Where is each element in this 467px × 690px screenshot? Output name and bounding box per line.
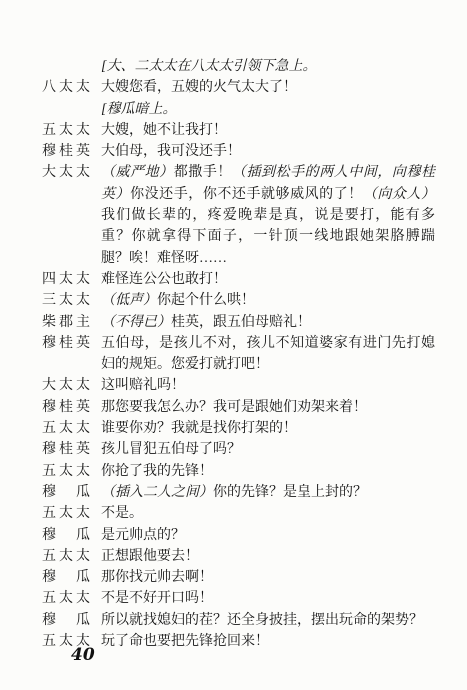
speaker-char: 太 xyxy=(59,546,73,567)
speaker-char: 八 xyxy=(42,77,56,98)
dialogue-text: （插入二人之间）你的先锋？是皇上封的？ xyxy=(101,482,435,503)
dialogue-text: 玩了命也要把先锋抢回来！ xyxy=(101,631,435,652)
dialogue-text: （不得已）桂英，跟五伯母赔礼！ xyxy=(101,312,435,333)
text-run: 不是。 xyxy=(101,506,143,521)
book-page: [大、二太太在八太太引领下急上。八太太大嫂您看，五嫂的火气太大了！[穆瓜暗上。五… xyxy=(0,0,467,690)
text-run: 正想跟他要去！ xyxy=(101,549,199,564)
speaker-char: 太 xyxy=(59,503,73,524)
speaker-name: 大太太 xyxy=(42,162,90,183)
speaker-char: 三 xyxy=(42,290,56,311)
dialogue-text: （威严地）都撒手！（插到松手的两人中间，向穆桂英）你没还手，你不还手就够威风的了… xyxy=(101,162,435,268)
speaker-char: 太 xyxy=(76,546,90,567)
text-run: 你起个什么哄！ xyxy=(157,293,255,308)
speaker-char: 穆 xyxy=(42,141,56,162)
text-run: 玩了命也要把先锋抢回来！ xyxy=(101,634,269,649)
speaker-char: 太 xyxy=(59,588,73,609)
text-run: 难怪连公公也敢打！ xyxy=(101,272,227,287)
speaker-name: 五太太 xyxy=(42,418,90,439)
stage-note: （低声） xyxy=(101,293,157,308)
dialogue-text: 所以就找媳妇的茬？还全身披挂，摆出玩命的架势？ xyxy=(101,610,435,631)
speaker-char: 桂 xyxy=(59,397,73,418)
speaker-char: 太 xyxy=(59,162,73,183)
text-run: 大嫂您看，五嫂的火气太大了！ xyxy=(101,80,297,95)
dialogue-line: 大太太（威严地）都撒手！（插到松手的两人中间，向穆桂英）你没还手，你不还手就够威… xyxy=(42,162,435,268)
speaker-name: 穆桂英 xyxy=(42,333,90,354)
speaker-name: 四太太 xyxy=(42,269,90,290)
speaker-char: 五 xyxy=(42,546,56,567)
dialogue-line: 五太太你抢了我的先锋！ xyxy=(42,461,435,482)
text-run: 所以就找媳妇的茬？还全身披挂，摆出玩命的架势？ xyxy=(101,613,423,628)
speaker-name: 五太太 xyxy=(42,588,90,609)
speaker-char: 大 xyxy=(42,375,56,396)
text-run: 孩儿冒犯五伯母了吗？ xyxy=(101,442,241,457)
dialogue-line: 穆瓜那你找元帅去啊！ xyxy=(42,567,435,588)
speaker-char: 太 xyxy=(59,269,73,290)
dialogue-text: 谁要你劝？我就是找你打架的！ xyxy=(101,418,435,439)
text-run: 不是不好开口吗！ xyxy=(101,591,213,606)
speaker-char: 太 xyxy=(59,375,73,396)
speaker-char: 穆 xyxy=(42,482,56,503)
speaker-char: 五 xyxy=(42,588,56,609)
dialogue-line: 五太太玩了命也要把先锋抢回来！ xyxy=(42,631,435,652)
stage-note: （威严地） xyxy=(101,165,174,180)
speaker-char: 太 xyxy=(76,290,90,311)
dialogue-text: 大嫂，她不让我打！ xyxy=(101,120,435,141)
speaker-char: 太 xyxy=(59,290,73,311)
dialogue-line: 穆桂英那您要我怎么办？我可是跟她们劝架来着！ xyxy=(42,397,435,418)
speaker-name: 八太太 xyxy=(42,77,90,98)
speaker-char: 五 xyxy=(42,461,56,482)
text-run: 谁要你劝？我就是找你打架的！ xyxy=(101,421,297,436)
dialogue-line: 柴郡主（不得已）桂英，跟五伯母赔礼！ xyxy=(42,312,435,333)
dialogue-line: 穆桂英五伯母，是孩儿不对，孩儿不知道婆家有进门先打媳妇的规矩。您爱打就打吧！ xyxy=(42,333,435,376)
speaker-name: 穆瓜 xyxy=(42,482,90,503)
text-run: 五伯母，是孩儿不对，孩儿不知道婆家有进门先打媳妇的规矩。您爱打就打吧！ xyxy=(101,336,435,372)
dialogue-line: 穆瓜所以就找媳妇的茬？还全身披挂，摆出玩命的架势？ xyxy=(42,610,435,631)
dialogue-line: 四太太难怪连公公也敢打！ xyxy=(42,269,435,290)
page-number: 40 xyxy=(71,645,95,665)
speaker-char: 桂 xyxy=(59,439,73,460)
speaker-char: 英 xyxy=(76,439,90,460)
script-lines: [大、二太太在八太太引领下急上。八太太大嫂您看，五嫂的火气太大了！[穆瓜暗上。五… xyxy=(42,56,435,652)
speaker-name: 五太太 xyxy=(42,546,90,567)
text-run: [大、二太太在八太太引领下急上。 xyxy=(101,59,316,74)
speaker-char: 太 xyxy=(59,120,73,141)
dialogue-text: （低声）你起个什么哄！ xyxy=(101,290,435,311)
text-run: 你抢了我的先锋！ xyxy=(101,464,213,479)
speaker-char: 瓜 xyxy=(76,610,90,631)
speaker-char: 五 xyxy=(42,631,56,652)
speaker-char: 太 xyxy=(59,461,73,482)
text-run: 那你找元帅去啊！ xyxy=(101,570,213,585)
speaker-name: 五太太 xyxy=(42,461,90,482)
dialogue-line: 五太太大嫂，她不让我打！ xyxy=(42,120,435,141)
speaker-name: 穆桂英 xyxy=(42,439,90,460)
speaker-char: 太 xyxy=(76,162,90,183)
speaker-name: 穆瓜 xyxy=(42,610,90,631)
speaker-char: 太 xyxy=(76,120,90,141)
dialogue-text: 不是不好开口吗！ xyxy=(101,588,435,609)
dialogue-line: 八太太大嫂您看，五嫂的火气太大了！ xyxy=(42,77,435,98)
speaker-char: 桂 xyxy=(59,141,73,162)
speaker-char: 五 xyxy=(42,503,56,524)
dialogue-line: 穆瓜是元帅点的？ xyxy=(42,525,435,546)
speaker-name: 柴郡主 xyxy=(42,312,90,333)
speaker-char: 穆 xyxy=(42,333,56,354)
text-run: 是元帅点的？ xyxy=(101,528,185,543)
dialogue-text: 大嫂您看，五嫂的火气太大了！ xyxy=(101,77,435,98)
stage-note: （插入二人之间） xyxy=(101,485,213,500)
speaker-name: 穆桂英 xyxy=(42,397,90,418)
speaker-char: 穆 xyxy=(42,439,56,460)
dialogue-text: 正想跟他要去！ xyxy=(101,546,435,567)
dialogue-text: 孩儿冒犯五伯母了吗？ xyxy=(101,439,435,460)
dialogue-text: 那你找元帅去啊！ xyxy=(101,567,435,588)
dialogue-text: 五伯母，是孩儿不对，孩儿不知道婆家有进门先打媳妇的规矩。您爱打就打吧！ xyxy=(101,333,435,376)
dialogue-line: 穆桂英孩儿冒犯五伯母了吗？ xyxy=(42,439,435,460)
text-run: 我们做长辈的，疼爱晚辈是真，说是要打，能有多重？你就拿得下面子，一针顶一线地跟她… xyxy=(101,208,435,266)
dialogue-line: 三太太（低声）你起个什么哄！ xyxy=(42,290,435,311)
speaker-char: 太 xyxy=(76,375,90,396)
speaker-char: 大 xyxy=(42,162,56,183)
dialogue-text: 大伯母，我可没还手！ xyxy=(101,141,435,162)
speaker-char: 太 xyxy=(76,503,90,524)
speaker-char: 太 xyxy=(76,418,90,439)
speaker-char: 穆 xyxy=(42,525,56,546)
text-run: 你的先锋？是皇上封的？ xyxy=(213,485,367,500)
dialogue-line: 五太太不是不好开口吗！ xyxy=(42,588,435,609)
speaker-char: 穆 xyxy=(42,567,56,588)
speaker-char: 太 xyxy=(76,588,90,609)
text-run: 你没还手，你不还手就够威风的了！ xyxy=(130,187,363,202)
text-run: [穆瓜暗上。 xyxy=(101,102,176,117)
dialogue-text: 那您要我怎么办？我可是跟她们劝架来着！ xyxy=(101,397,435,418)
dialogue-text: 这叫赔礼吗！ xyxy=(101,375,435,396)
dialogue-text: 是元帅点的？ xyxy=(101,525,435,546)
stage-text: [穆瓜暗上。 xyxy=(101,99,435,120)
dialogue-line: 大太太这叫赔礼吗！ xyxy=(42,375,435,396)
dialogue-text: 难怪连公公也敢打！ xyxy=(101,269,435,290)
dialogue-text: 你抢了我的先锋！ xyxy=(101,461,435,482)
speaker-char: 桂 xyxy=(59,333,73,354)
speaker-name: 穆瓜 xyxy=(42,525,90,546)
speaker-char: 主 xyxy=(76,312,90,333)
speaker-char: 四 xyxy=(42,269,56,290)
speaker-char: 太 xyxy=(59,77,73,98)
speaker-name: 五太太 xyxy=(42,120,90,141)
text-run: 大嫂，她不让我打！ xyxy=(101,123,227,138)
dialogue-line: 五太太正想跟他要去！ xyxy=(42,546,435,567)
dialogue-line: 穆瓜（插入二人之间）你的先锋？是皇上封的？ xyxy=(42,482,435,503)
speaker-name: 大太太 xyxy=(42,375,90,396)
stage-note: （向众人） xyxy=(363,187,435,202)
dialogue-line: 五太太谁要你劝？我就是找你打架的！ xyxy=(42,418,435,439)
speaker-char: 五 xyxy=(42,418,56,439)
stage-text: [大、二太太在八太太引领下急上。 xyxy=(101,56,435,77)
speaker-char: 穆 xyxy=(42,610,56,631)
speaker-char: 五 xyxy=(42,120,56,141)
speaker-char: 英 xyxy=(76,141,90,162)
text-run: 这叫赔礼吗！ xyxy=(101,378,185,393)
speaker-char: 太 xyxy=(76,77,90,98)
text-run: 桂英，跟五伯母赔礼！ xyxy=(171,315,311,330)
speaker-char: 太 xyxy=(76,461,90,482)
speaker-char: 太 xyxy=(59,418,73,439)
speaker-name: 穆瓜 xyxy=(42,567,90,588)
text-run: 那您要我怎么办？我可是跟她们劝架来着！ xyxy=(101,400,367,415)
dialogue-text: 不是。 xyxy=(101,503,435,524)
dialogue-line: 五太太不是。 xyxy=(42,503,435,524)
stage-note: （不得已） xyxy=(101,315,171,330)
speaker-name: 穆桂英 xyxy=(42,141,90,162)
speaker-name: 三太太 xyxy=(42,290,90,311)
speaker-name: 五太太 xyxy=(42,503,90,524)
speaker-char: 英 xyxy=(76,397,90,418)
stage-direction: [大、二太太在八太太引领下急上。 xyxy=(42,56,435,77)
stage-direction: [穆瓜暗上。 xyxy=(42,99,435,120)
speaker-char: 郡 xyxy=(59,312,73,333)
speaker-char: 太 xyxy=(76,269,90,290)
speaker-char: 瓜 xyxy=(76,482,90,503)
speaker-char: 英 xyxy=(76,333,90,354)
speaker-char: 瓜 xyxy=(76,525,90,546)
speaker-char: 瓜 xyxy=(76,567,90,588)
speaker-char: 穆 xyxy=(42,397,56,418)
text-run: 大伯母，我可没还手！ xyxy=(101,144,241,159)
speaker-char: 柴 xyxy=(42,312,56,333)
text-run: 都撒手！ xyxy=(174,165,232,180)
dialogue-line: 穆桂英大伯母，我可没还手！ xyxy=(42,141,435,162)
